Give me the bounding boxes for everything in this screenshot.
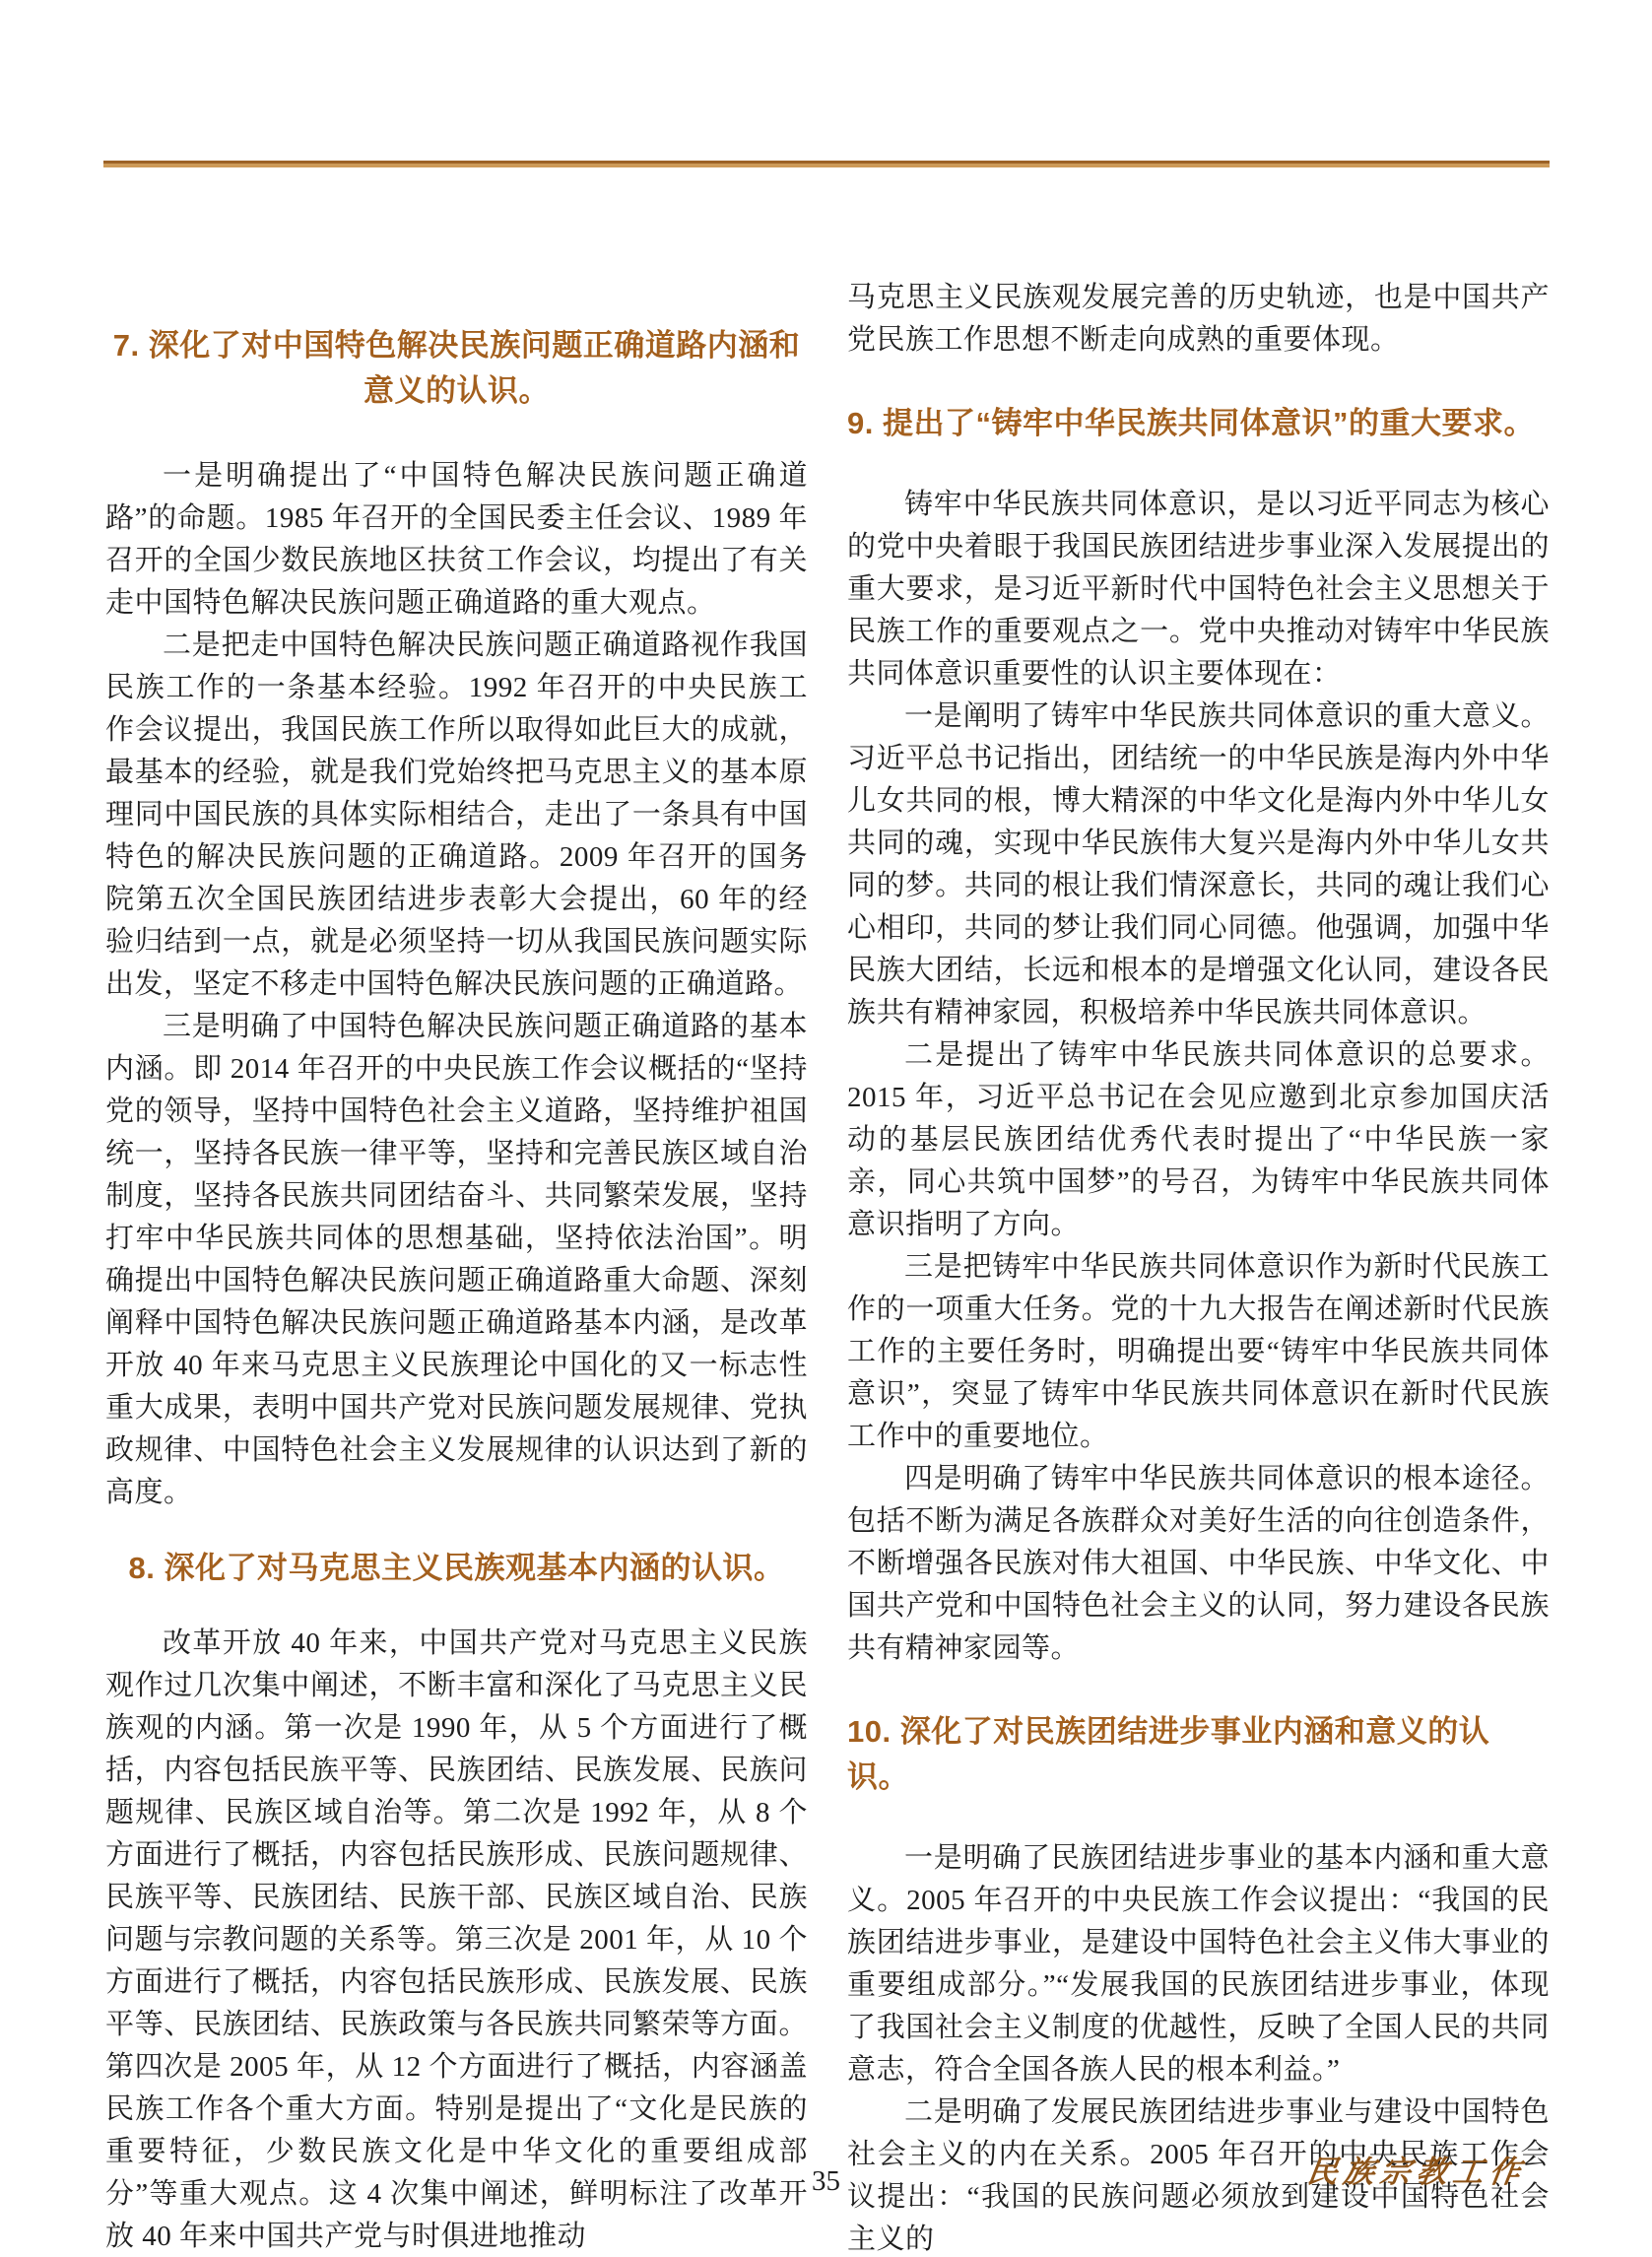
left-column: 7. 深化了对中国特色解决民族问题正确道路内涵和 意义的认识。 一是明确提出了“… (105, 0, 808, 2257)
body-paragraph: 三是明确了中国特色解决民族问题正确道路的基本内涵。即 2014 年召开的中央民族… (105, 1006, 808, 1514)
document-page: 7. 深化了对中国特色解决民族问题正确道路内涵和 意义的认识。 一是明确提出了“… (0, 0, 1652, 2257)
journal-logo: 民族宗教工作 (1305, 2156, 1529, 2189)
section-10-heading: 10. 深化了对民族团结进步事业内涵和意义的认识。 (847, 1709, 1550, 1800)
section-7-heading: 7. 深化了对中国特色解决民族问题正确道路内涵和 意义的认识。 (105, 323, 808, 414)
section-8-heading: 8. 深化了对马克思主义民族观基本内涵的认识。 (105, 1546, 808, 1591)
body-paragraph: 改革开放 40 年来，中国共产党对马克思主义民族观作过几次集中阐述，不断丰富和深… (105, 1623, 808, 2257)
body-paragraph: 四是明确了铸牢中华民族共同体意识的根本途径。包括不断为满足各族群众对美好生活的向… (847, 1458, 1550, 1670)
body-paragraph: 铸牢中华民族共同体意识，是以习近平同志为核心的党中央着眼于我国民族团结进步事业深… (847, 484, 1550, 696)
continuation-paragraph: 马克思主义民族观发展完善的历史轨迹，也是中国共产党民族工作思想不断走向成熟的重要… (847, 277, 1550, 362)
section-7-heading-line-1: 7. 深化了对中国特色解决民族问题正确道路内涵和 (105, 323, 808, 368)
body-paragraph: 二是提出了铸牢中华民族共同体意识的总要求。2015 年，习近平总书记在会见应邀到… (847, 1034, 1550, 1246)
right-column: 马克思主义民族观发展完善的历史轨迹，也是中国共产党民族工作思想不断走向成熟的重要… (847, 0, 1550, 2257)
body-paragraph: 三是把铸牢中华民族共同体意识作为新时代民族工作的一项重大任务。党的十九大报告在阐… (847, 1246, 1550, 1458)
body-paragraph: 二是把走中国特色解决民族问题正确道路视作我国民族工作的一条基本经验。1992 年… (105, 625, 808, 1006)
section-9-heading: 9. 提出了“铸牢中华民族共同体意识”的重大要求。 (847, 401, 1550, 446)
body-paragraph: 一是阐明了铸牢中华民族共同体意识的重大意义。习近平总书记指出，团结统一的中华民族… (847, 696, 1550, 1034)
body-paragraph: 一是明确提出了“中国特色解决民族问题正确道路”的命题。1985 年召开的全国民委… (105, 455, 808, 625)
body-paragraph: 一是明确了民族团结进步事业的基本内涵和重大意义。2005 年召开的中央民族工作会… (847, 1837, 1550, 2091)
section-7-heading-line-2: 意义的认识。 (105, 368, 808, 414)
